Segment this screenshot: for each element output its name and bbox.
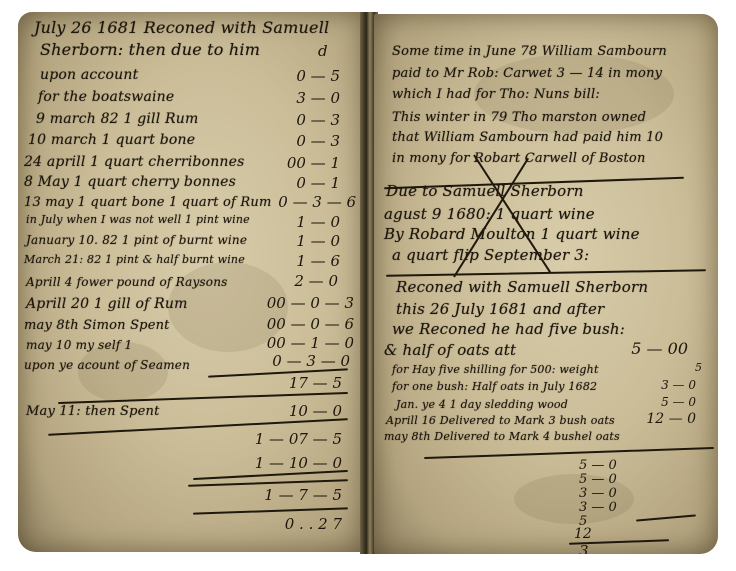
reckoning-amount: 12 — 0 — [646, 411, 696, 427]
ledger-entry-amount: 00 — 0 — 6 — [267, 315, 354, 333]
ledger-entry-text: 13 may 1 quart bone 1 quart of Rum — [24, 195, 271, 210]
crossed-entry-line: By Robard Moulton 1 quart wine — [384, 225, 640, 243]
ledger-entry-amount: 00 — 0 — 3 — [267, 294, 354, 312]
ledger-entry-text: March 21: 82 1 pint & half burnt wine — [24, 253, 245, 266]
reckoning-line: may 8th Delivered to Mark 4 bushel oats — [384, 430, 620, 443]
ruled-line — [386, 269, 706, 277]
ledger-entry-text: 8 May 1 quart cherry bonnes — [24, 174, 236, 190]
reckoning-line: for one bush: Half oats in July 1682 — [392, 380, 597, 393]
ruled-line — [424, 447, 714, 459]
ledger-entry-amount: 0 — 3 — [296, 111, 340, 129]
ledger-entry-amount: 1 — 6 — [296, 252, 340, 270]
ruled-line — [193, 507, 348, 514]
reckoning-amount: 5 — 0 — [661, 395, 696, 409]
reckoning-amount: 3 — 0 — [661, 378, 696, 392]
ledger-entry-text: upon account — [40, 67, 138, 83]
reckoning-line: for Hay five shilling for 500: weight — [392, 363, 599, 376]
header-line-1: July 26 1681 Reconed with Samuell — [34, 18, 329, 37]
sum-column-value: 3 — 0 — [579, 486, 617, 501]
total-amount: 1 — 10 — 0 — [255, 454, 342, 472]
memo-line: paid to Mr Rob: Carwet 3 — 14 in mony — [392, 66, 662, 81]
reckoning-line: & half of oats att — [384, 341, 516, 359]
ledger-entry-text: may 10 my self 1 — [26, 338, 132, 352]
memo-line: Some time in June 78 William Sambourn — [392, 44, 667, 59]
reckoning-line: Reconed with Samuell Sherborn — [396, 278, 648, 296]
ruled-line — [636, 514, 696, 521]
ledger-entry-text: 9 march 82 1 gill Rum — [36, 111, 198, 127]
reckoning-amount: 5 — 00 — [631, 339, 688, 358]
ledger-entry-amount: 2 — 0 — [294, 272, 338, 290]
ledger-entry-amount: 00 — 1 — [287, 154, 340, 172]
spent-amount: 10 — 0 — [289, 402, 342, 420]
sum-column-value: 5 — 0 — [579, 472, 617, 487]
ledger-entry-text: 24 aprill 1 quart cherribonnes — [24, 154, 245, 170]
crossed-entry-line: a quart flip September 3: — [392, 246, 589, 264]
memo-line: that William Sambourn had paid him 10 — [392, 130, 663, 145]
total-amount: 1 — 07 — 5 — [255, 430, 342, 448]
memo-line: which I had for Tho: Nuns bill: — [392, 87, 600, 102]
ledger-entry-amount: 0 — 3 — 6 — [278, 193, 356, 211]
ledger-entry-amount: 00 — 1 — 0 — [267, 334, 354, 352]
left-page: July 26 1681 Reconed with Samuell Sherbo… — [18, 12, 364, 552]
reckoning-line: we Reconed he had five bush: — [392, 320, 625, 338]
right-page: Some time in June 78 William Sambourn pa… — [374, 14, 718, 554]
ledger-entry-amount: 1 — 0 — [296, 232, 340, 250]
ledger-entry-amount: 1 — 0 — [296, 213, 340, 231]
total-amount: 1 — 7 — 5 — [264, 486, 342, 504]
open-ledger-book: July 26 1681 Reconed with Samuell Sherbo… — [18, 12, 720, 554]
sum-column-value: 12 — [574, 526, 592, 542]
ledger-entry-text: in July when I was not well 1 pint wine — [26, 213, 250, 226]
ledger-entry-text: Aprill 4 fower pound of Raysons — [26, 275, 228, 289]
ledger-entry-text: may 8th Simon Spent — [24, 318, 170, 333]
ledger-entry-amount: 0 — 3 — 0 — [272, 352, 350, 370]
crossed-entry-line: Due to Samuell Sherborn — [386, 182, 584, 200]
ledger-entry-amount: 0 — 1 — [296, 174, 340, 192]
memo-line: in mony for Robart Carwell of Boston — [392, 151, 646, 166]
sum-column-total: 3 — [579, 542, 589, 554]
ledger-entry-text: 10 march 1 quart bone — [28, 132, 195, 148]
ledger-entry-amount: 0 — 3 — [296, 132, 340, 150]
header-line-2: Sherborn: then due to him — [40, 40, 260, 59]
sum-column-value: 3 — 0 — [579, 500, 617, 515]
ledger-entry-text: Aprill 20 1 gill of Rum — [26, 296, 188, 312]
ledger-entry-amount: 0 — 5 — [296, 67, 340, 85]
reckoning-line: Jan. ye 4 1 day sledding wood — [396, 398, 568, 411]
reckoning-line: Aprill 16 Delivered to Mark 3 bush oats — [386, 414, 615, 427]
sum-column-value: 5 — 0 — [579, 458, 617, 473]
ledger-entry-text: upon ye acount of Seamen — [24, 358, 190, 372]
subtotal-amount: 17 — 5 — [289, 374, 342, 392]
spent-label: May 11: then Spent — [26, 404, 160, 419]
reckoning-line: this 26 July 1681 and after — [396, 300, 604, 318]
unit-pence-label: d — [318, 42, 328, 60]
reckoning-amount: 5 — [695, 361, 702, 374]
balance-amount: 0 . . 2 7 — [285, 515, 342, 533]
ledger-entry-text: January 10. 82 1 pint of burnt wine — [26, 233, 247, 247]
ledger-entry-amount: 3 — 0 — [296, 89, 340, 107]
ledger-entry-text: for the boatswaine — [38, 89, 174, 105]
memo-line: This winter in 79 Tho marston owned — [392, 110, 646, 125]
